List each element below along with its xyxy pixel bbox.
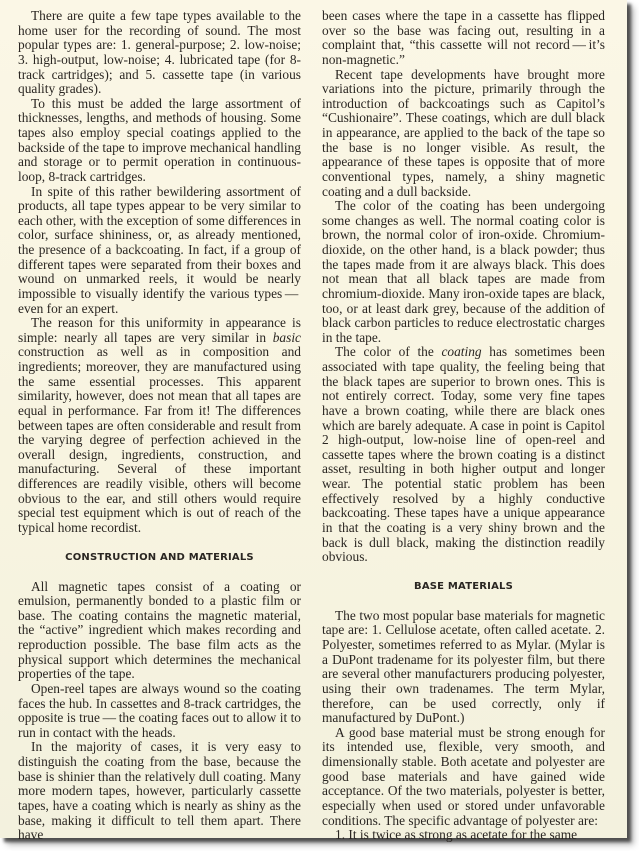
paragraph-open-reel: Open-reel tapes are always wound so the … (18, 682, 301, 741)
paragraph-distinguish: In the majority of cases, it is very eas… (18, 740, 301, 842)
left-column: There are quite a few tape types availab… (18, 9, 301, 843)
paragraph-coating-color: The color of the coating has been underg… (322, 199, 605, 345)
paragraph-base-types: The two most popular base materials for … (322, 609, 605, 726)
section-heading-base-materials: BASE MATERIALS (322, 580, 605, 594)
paragraph-coating-emulsion: All magnetic tapes consist of a coating … (18, 580, 301, 682)
italic-emphasis: basic (273, 330, 301, 345)
text-run: The color of the (335, 344, 441, 359)
italic-emphasis: coating (441, 344, 481, 359)
paragraph-tape-types: There are quite a few tape types availab… (18, 9, 301, 97)
text-run: has sometimes been associated with tape … (322, 344, 605, 564)
paragraph-good-base: A good base material must be strong enou… (322, 726, 605, 828)
text-run: construction as well as in composition a… (18, 344, 301, 535)
list-item-advantage-1: 1. It is twice as strong as acetate for … (322, 828, 605, 843)
paragraph-coating-quality: The color of the coating has sometimes b… (322, 345, 605, 564)
paragraph-similarity: In spite of this rather bewildering asso… (18, 185, 301, 317)
paragraph-continuation: been cases where the tape in a cassette … (322, 9, 605, 68)
paragraph-assortment: To this must be added the large assortme… (18, 97, 301, 185)
paragraph-uniformity: The reason for this uniformity in appear… (18, 316, 301, 535)
paragraph-backcoatings: Recent tape developments have brought mo… (322, 68, 605, 200)
text-run: The reason for this uniformity in appear… (18, 315, 301, 345)
magazine-page: There are quite a few tape types availab… (0, 0, 627, 838)
right-column: been cases where the tape in a cassette … (322, 9, 605, 843)
section-heading-construction: CONSTRUCTION AND MATERIALS (18, 551, 301, 565)
